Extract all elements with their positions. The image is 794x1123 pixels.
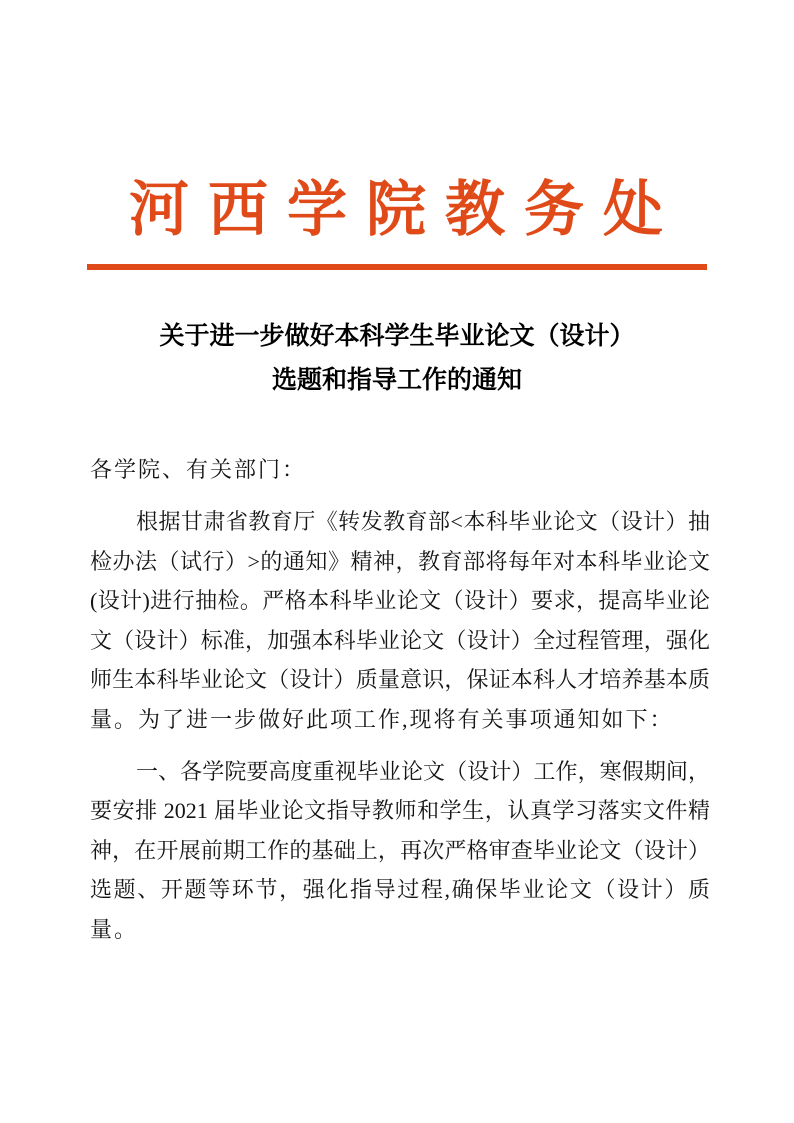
document-page: 河 西 学 院 教 务 处 关于进一步做好本科学生毕业论文（设计） 选题和指导工… xyxy=(0,0,794,1123)
body-line: 量。为了进一步做好此项工作,现将有关事项通知如下： xyxy=(90,700,710,740)
body-line: 神，在开展前期工作的基础上，再次严格审查毕业论文（设计） xyxy=(90,831,710,871)
salutation: 各学院、有关部门： xyxy=(90,450,710,490)
body-line: 师生本科毕业论文（设计）质量意识，保证本科人才培养基本质 xyxy=(90,660,710,700)
paragraph-2: 一、各学院要高度重视毕业论文（设计）工作，寒假期间， 要安排 2021 届毕业论… xyxy=(90,752,710,950)
letterhead-divider xyxy=(87,264,707,270)
letterhead-title: 河 西 学 院 教 务 处 xyxy=(0,178,794,242)
body-line: 量。 xyxy=(90,910,710,950)
body-line: 检办法（试行）>的通知》精神，教育部将每年对本科毕业论文 xyxy=(90,542,710,582)
document-title-line2: 选题和指导工作的通知 xyxy=(0,358,794,402)
body-line: 根据甘肃省教育厅《转发教育部<本科毕业论文（设计）抽 xyxy=(90,502,710,542)
paragraph-1: 根据甘肃省教育厅《转发教育部<本科毕业论文（设计）抽 检办法（试行）>的通知》精… xyxy=(90,502,710,739)
body-line: 选题、开题等环节，强化指导过程,确保毕业论文（设计）质 xyxy=(90,870,710,910)
document-title: 关于进一步做好本科学生毕业论文（设计） 选题和指导工作的通知 xyxy=(0,314,794,402)
body-line: (设计)进行抽检。严格本科毕业论文（设计）要求，提高毕业论 xyxy=(90,581,710,621)
document-title-line1: 关于进一步做好本科学生毕业论文（设计） xyxy=(0,314,794,358)
body-line: 要安排 2021 届毕业论文指导教师和学生，认真学习落实文件精 xyxy=(90,791,710,831)
document-body: 各学院、有关部门： 根据甘肃省教育厅《转发教育部<本科毕业论文（设计）抽 检办法… xyxy=(90,450,710,949)
body-line: 一、各学院要高度重视毕业论文（设计）工作，寒假期间， xyxy=(90,752,710,792)
body-line: 文（设计）标准，加强本科毕业论文（设计）全过程管理，强化 xyxy=(90,621,710,661)
